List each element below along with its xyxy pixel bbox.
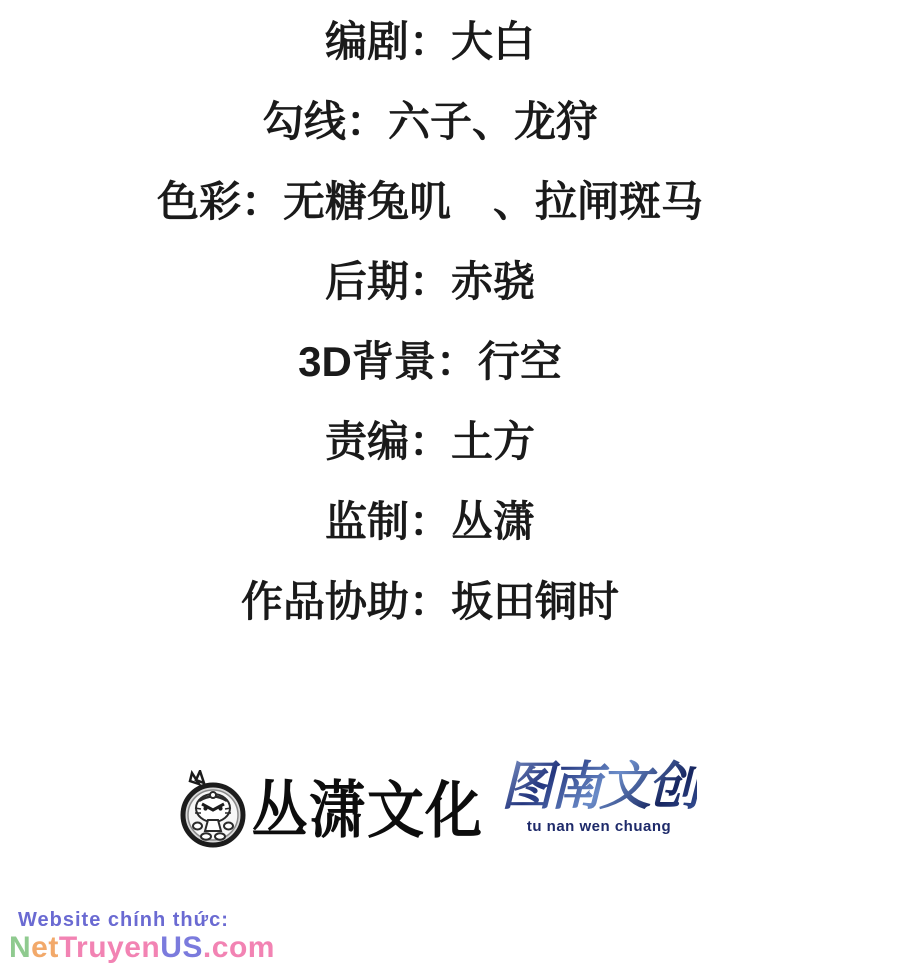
watermark: Website chính thức: NetTruyenUS.com bbox=[9, 907, 275, 963]
credit-line-assistance: 作品协助：坂田铜时 bbox=[0, 562, 860, 642]
credits-list: 编剧：大白 勾线：六子、龙狩 色彩：无糖兔叽 、拉闸斑马 后期：赤骁 3D背景：… bbox=[0, 2, 860, 642]
watermark-site-segment: et bbox=[31, 931, 59, 964]
watermark-site-segment: US bbox=[160, 931, 203, 964]
congxiao-culture-logo: 丛潇文化 bbox=[178, 770, 483, 852]
cat-badge-icon bbox=[178, 770, 248, 852]
credit-line-screenwriter: 编剧：大白 bbox=[0, 2, 860, 82]
tunan-wenchuang-logo: 图南文创 tu nan wen chuang bbox=[494, 748, 704, 835]
page: 编剧：大白 勾线：六子、龙狩 色彩：无糖兔叽 、拉闸斑马 后期：赤骁 3D背景：… bbox=[0, 0, 900, 964]
congxiao-logo-text: 丛潇文化 bbox=[251, 780, 483, 842]
credits-page: { "page": { "background": "#ffffff", "te… bbox=[0, 0, 900, 964]
credit-line-color: 色彩：无糖兔叽 、拉闸斑马 bbox=[0, 162, 860, 242]
credit-line-supervisor: 监制：丛潇 bbox=[0, 482, 860, 562]
cat-badge-icon-svg bbox=[178, 770, 248, 852]
watermark-site: NetTruyenUS.com bbox=[9, 933, 275, 963]
credit-line-postprod: 后期：赤骁 bbox=[0, 242, 860, 322]
tunan-logo-text: 图南文创 bbox=[501, 748, 697, 826]
credit-line-3d-bg: 3D背景：行空 bbox=[0, 322, 860, 402]
credit-line-lineart: 勾线：六子、龙狩 bbox=[0, 82, 860, 162]
watermark-label: Website chính thức: bbox=[9, 907, 275, 933]
watermark-site-segment: .com bbox=[203, 931, 275, 964]
watermark-site-segment: N bbox=[9, 931, 31, 964]
watermark-site-segment: Truyen bbox=[59, 931, 160, 964]
credit-line-editor: 责编：土方 bbox=[0, 402, 860, 482]
